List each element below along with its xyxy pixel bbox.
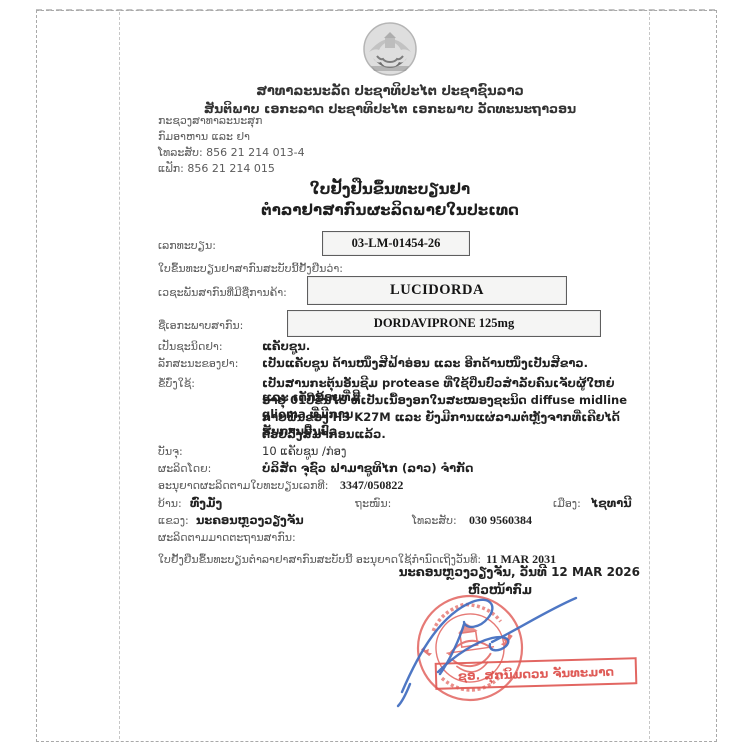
certificate-title-line2: ຕຳລາຢາສາກົນຜະລິດພາຍໃນປະເທດ xyxy=(140,201,640,219)
validity-date: 11 MAR 2031 xyxy=(486,552,556,566)
scan-edge-left xyxy=(119,12,120,739)
appearance-label: ລັກສະນະຂອງຢາ: xyxy=(158,357,238,370)
scan-edge-right xyxy=(649,12,650,739)
district-label: ເມືອງ: xyxy=(553,497,581,510)
country-name-motto: ສາທາລະນະລັດ ປະຊາທິປະໄຕ ປະຊາຊົນລາວ xyxy=(140,84,640,99)
appearance-value: ເປັນແຄັບຊູນ ດ້ານໜຶ່ງສີຟ້າອ່ອນ ແລະ ອີກດ້າ… xyxy=(262,356,588,370)
department-name: ກົມອາຫານ ແລະ ຢາ xyxy=(158,130,250,143)
indication-label: ຂໍ້ບົ່ງໃຊ້: xyxy=(158,377,195,390)
province-value: ນະຄອນຫຼວງວຽງຈັນ xyxy=(196,513,304,527)
manufacturer-label: ຜະລິດໂດຍ: xyxy=(158,462,211,475)
inn-value: DORDAVIPRONE 125mg xyxy=(287,310,601,337)
dosage-form-label: ເປັນຊະນິດຢາ: xyxy=(158,340,223,353)
registration-number-value: 03-LM-01454-26 xyxy=(322,231,470,256)
trade-name-label: ເວຊະພັນສາກົນທີ່ມີຊື່ການຄ້າ: xyxy=(158,286,287,299)
production-permit-value: 3347/050822 xyxy=(340,478,403,493)
village-label: ບ້ານ: xyxy=(158,497,182,510)
ministry-fax: ແຟັກ: 856 21 214 015 xyxy=(158,162,275,175)
district-value: ໄຊທານີ xyxy=(591,496,632,510)
ministry-telephone: ໂທລະສັບ: 856 21 214 013-4 xyxy=(158,146,305,159)
pack-size-label: ບັນຈຸ: xyxy=(158,445,183,458)
province-label: ແຂວງ: xyxy=(158,514,189,527)
street-label: ຖະໜົນ: xyxy=(355,497,391,510)
inn-label: ຊື່ເອກະພາບສາກົນ: xyxy=(158,319,243,332)
issue-place-date: ນະຄອນຫຼວງວຽງຈັນ, ວັນທີ 12 MAR 2026 xyxy=(340,565,640,579)
village-value: ທົ່ງມັ່ງ xyxy=(190,496,222,510)
handwritten-signature-icon xyxy=(380,580,600,710)
phone-label: ໂທລະສັບ: xyxy=(412,514,457,527)
trade-name-value: LUCIDORDA xyxy=(307,276,567,305)
phone-value: 030 9560384 xyxy=(469,513,532,528)
manufacturer-value: ບໍລິສັດ ຈຸຊົວ ຟາມາຊູທິໄກ (ລາວ) ຈຳກັດ xyxy=(262,461,473,475)
dosage-form-value: ແຄັບຊູນ. xyxy=(262,339,310,353)
certification-statement: ໃບຂຶ້ນທະບຽນຢາສາກົນສະບັບນີ້ຢັ້ງຢືນວ່າ: xyxy=(158,262,343,275)
lao-national-emblem-icon xyxy=(359,20,421,80)
production-standard-label: ຜະລິດຕາມມາດຕະຖານສາກົນ: xyxy=(158,531,296,544)
certificate-title-line1: ໃບຢັ້ງຢືນຂຶ້ນທະບຽນຢາ xyxy=(140,180,640,198)
registration-number-label: ເລກທະບຽນ: xyxy=(158,239,216,252)
pack-size-value: 10 ແຄັບຊູນ /ກ່ອງ xyxy=(262,444,346,458)
indication-line: ດ້ວຍລັງສີມາກ່ອນແລ້ວ. xyxy=(262,427,632,441)
production-permit-label: ອະນຸຍາດຜະລິດຕາມໃບທະບຽນເລກທີ: xyxy=(158,479,328,492)
ministry-name: ກະຊວງສາທາລະນະສຸກ xyxy=(158,114,262,127)
